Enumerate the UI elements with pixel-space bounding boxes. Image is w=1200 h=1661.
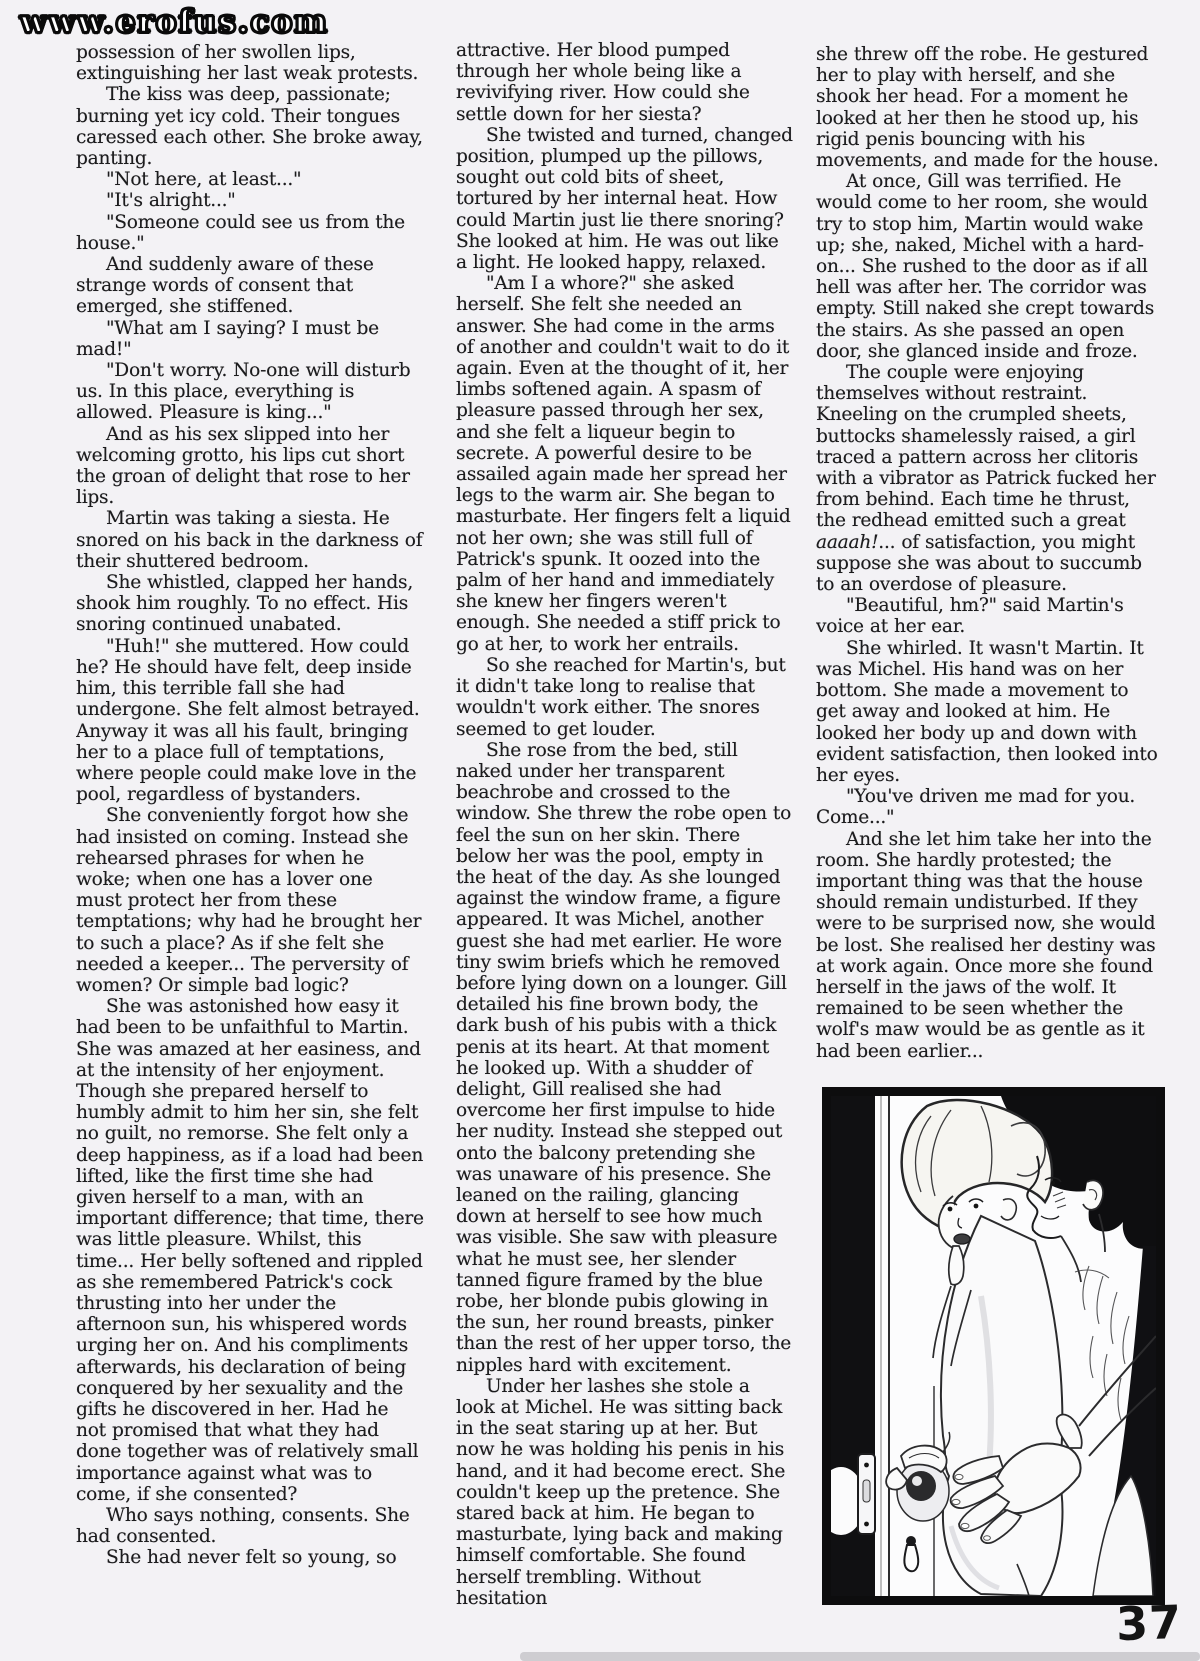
text-column-1: possession of her swollen lips, extingui… <box>76 42 424 1620</box>
watermark: www.erofus.com <box>20 4 329 40</box>
story-illustration <box>831 1096 1156 1596</box>
text-column-2: attractive. Her blood pumped through her… <box>456 40 794 1620</box>
story-illustration-panel <box>822 1087 1165 1605</box>
page-number: 37 <box>1115 1595 1183 1651</box>
scan-smudge <box>520 1652 1200 1661</box>
text-column-3: she threw off the robe. He gestured her … <box>816 44 1161 1086</box>
